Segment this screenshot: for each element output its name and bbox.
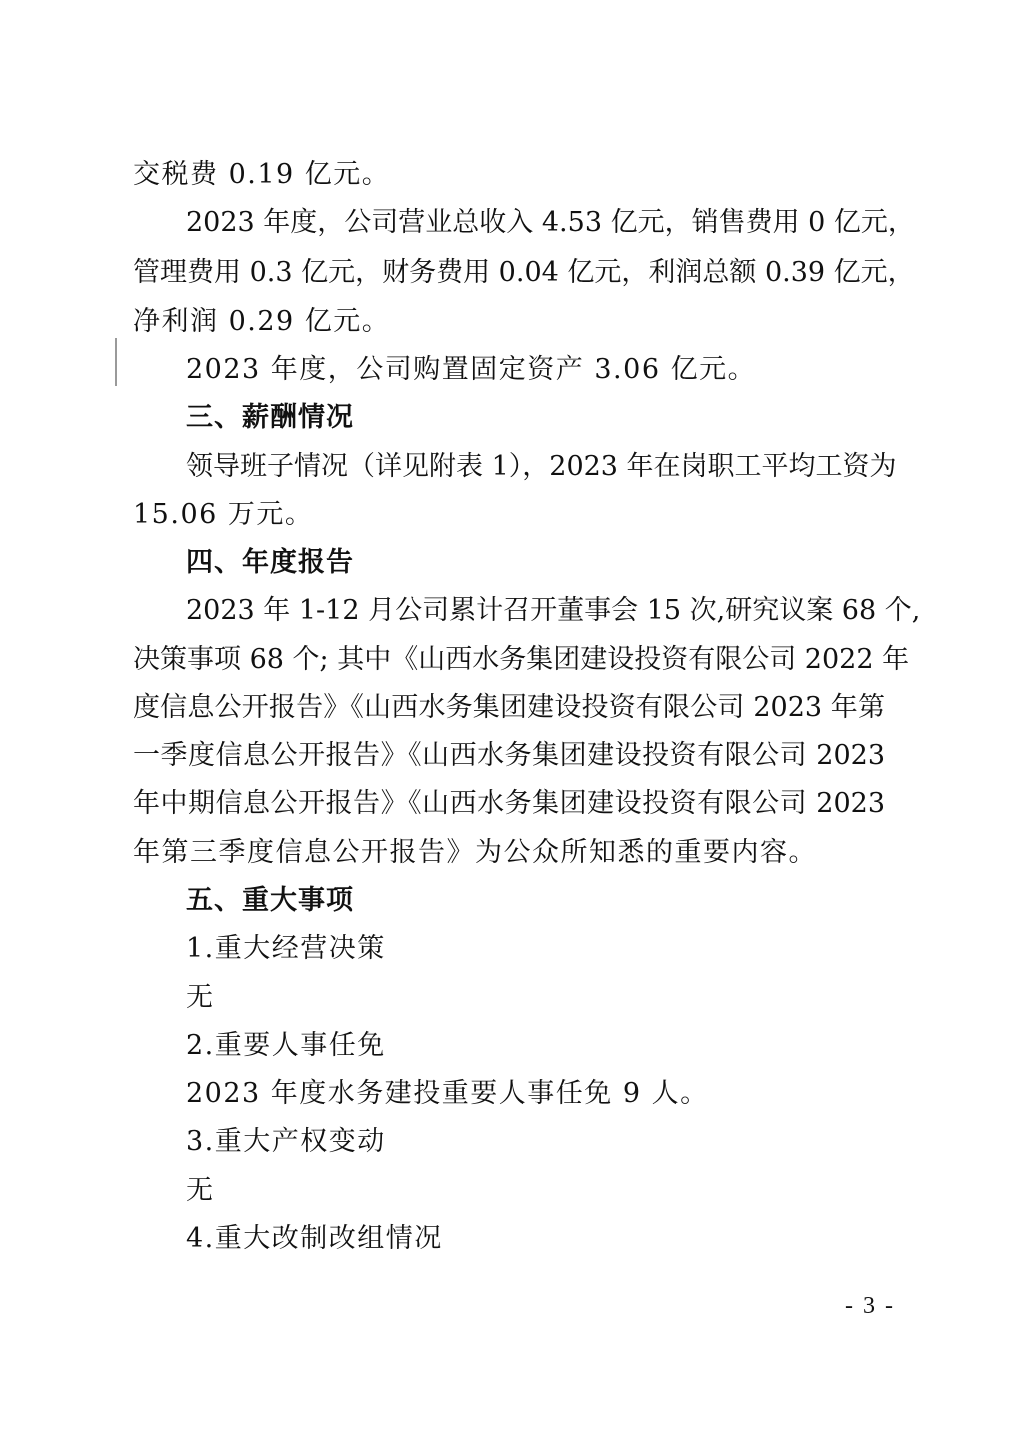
paragraph-line: 2023 年度，公司购置固定资产 3.06 亿元。 (186, 355, 756, 385)
item-title: 1.重大经营决策 (186, 934, 386, 964)
document-page: 交税费 0.19 亿元。 2023 年度，公司营业总收入 4.53 亿元，销售费… (0, 0, 1024, 1448)
item-content: 无 (186, 1176, 215, 1206)
paragraph-line: 年中期信息公开报告》《山西水务集团建设投资有限公司 2023 (133, 789, 885, 819)
paragraph-line: 2023 年度，公司营业总收入 4.53 亿元，销售费用 0 亿元， (186, 208, 885, 238)
paragraph-line: 一季度信息公开报告》《山西水务集团建设投资有限公司 2023 (133, 741, 885, 771)
paragraph-line: 交税费 0.19 亿元。 (133, 160, 390, 190)
paragraph-line: 净利润 0.29 亿元。 (133, 307, 390, 337)
paragraph-line: 2023 年 1-12 月公司累计召开董事会 15 次,研究议案 68 个, (186, 596, 885, 626)
paragraph-line: 度信息公开报告》《山西水务集团建设投资有限公司 2023 年第 (133, 693, 885, 723)
paragraph-line: 管理费用 0.3 亿元，财务费用 0.04 亿元，利润总额 0.39 亿元， (133, 258, 885, 288)
paragraph-line: 年第三季度信息公开报告》为公众所知悉的重要内容。 (133, 838, 817, 868)
paragraph-line: 决策事项 68 个; 其中《山西水务集团建设投资有限公司 2022 年 (133, 645, 885, 675)
paragraph-line: 15.06 万元。 (133, 500, 313, 530)
text-cursor-mark (115, 338, 117, 386)
item-title: 4.重大改制改组情况 (186, 1224, 443, 1254)
section-heading-salary: 三、薪酬情况 (186, 403, 354, 433)
page-number: - 3 - (845, 1293, 895, 1320)
item-title: 3.重大产权变动 (186, 1127, 386, 1157)
item-content: 无 (186, 983, 215, 1013)
section-heading-major-matters: 五、重大事项 (186, 886, 354, 916)
paragraph-line: 领导班子情况（详见附表 1），2023 年在岗职工平均工资为 (186, 452, 885, 482)
section-heading-annual-report: 四、年度报告 (186, 548, 354, 578)
item-title: 2.重要人事任免 (186, 1031, 386, 1061)
item-content: 2023 年度水务建投重要人事任免 9 人。 (186, 1079, 709, 1109)
